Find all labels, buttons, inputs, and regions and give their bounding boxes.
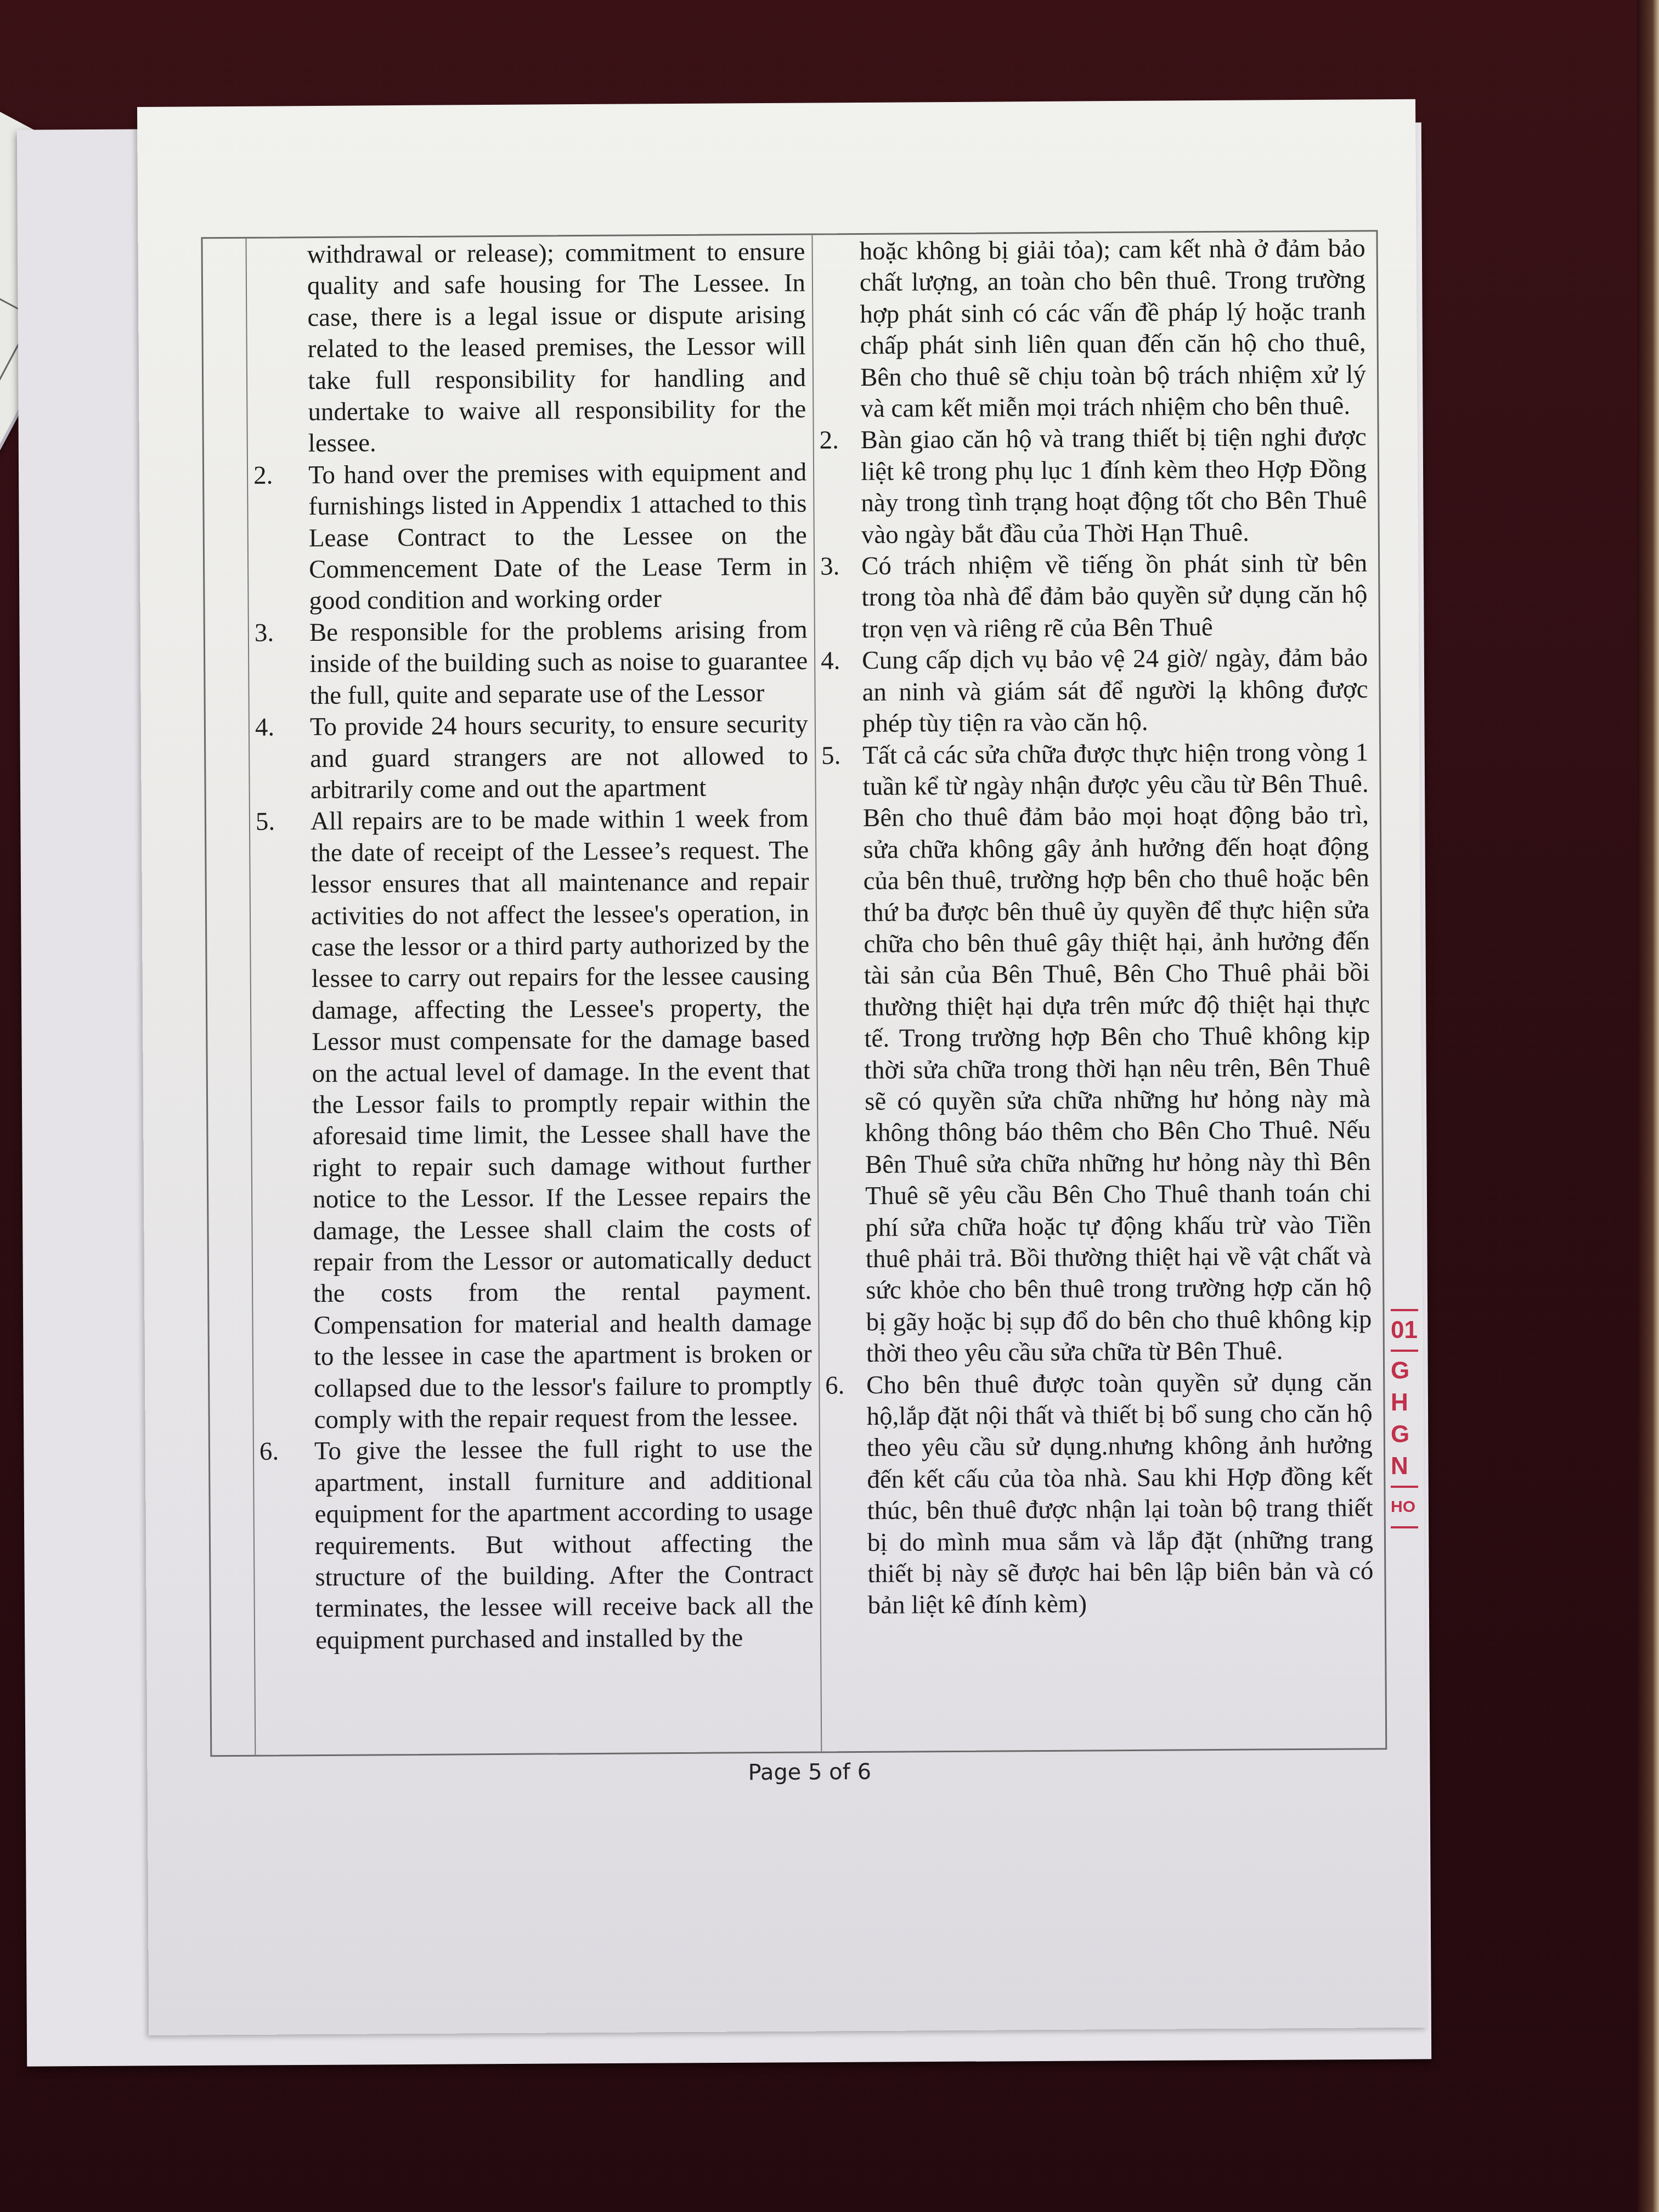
vietnamese-item-6: 6.Cho bên thuê được toàn quyền sử dụng c… [820, 1367, 1374, 1622]
vietnamese-column: hoặc không bị giải tỏa); cam kết nhà ở đ… [812, 232, 1385, 1751]
english-intro: withdrawal or release); commitment to en… [246, 236, 806, 460]
vietnamese-item-3: 3.Có trách nhiệm về tiếng ồn phát sinh t… [815, 548, 1368, 645]
stamp-text: G [1391, 1355, 1429, 1387]
stamp-rule [1391, 1486, 1418, 1488]
stamp-rule [1391, 1526, 1418, 1528]
stamp-text: H [1391, 1387, 1429, 1419]
english-item-2: 2.To hand over the premises with equipme… [248, 456, 808, 617]
red-stamp-fragment: 01 G H G N HO [1391, 1306, 1429, 1525]
desk-surface [1637, 0, 1659, 2212]
english-item-3: 3.Be responsible for the problems arisin… [249, 614, 808, 712]
vietnamese-text: hoặc không bị giải tỏa); cam kết nhà ở đ… [812, 233, 1373, 1622]
vietnamese-item-2: 2.Bàn giao căn hộ và trang thiết bị tiện… [814, 422, 1367, 551]
english-item-6: 6.To give the lessee the full right to u… [254, 1433, 814, 1657]
stamp-text: 01 [1391, 1314, 1429, 1346]
vietnamese-intro: hoặc không bị giải tỏa); cam kết nhà ở đ… [812, 233, 1366, 425]
contract-page: withdrawal or release); commitment to en… [137, 99, 1427, 2035]
page-number: Page 5 of 6 [748, 1759, 871, 1785]
stamp-rule [1391, 1309, 1418, 1311]
english-text: withdrawal or release); commitment to en… [246, 236, 814, 1657]
english-item-5: 5.All repairs are to be made within 1 we… [250, 803, 812, 1436]
english-column: withdrawal or release); commitment to en… [246, 235, 822, 1754]
stamp-text: N [1391, 1451, 1429, 1482]
english-item-4: 4.To provide 24 hours security, to ensur… [250, 709, 809, 806]
vietnamese-item-4: 4.Cung cấp dịch vụ bảo vệ 24 giờ/ ngày, … [815, 642, 1368, 740]
stamp-rule [1391, 1350, 1418, 1352]
vietnamese-item-5: 5.Tất cả các sửa chữa được thực hiện tro… [816, 737, 1372, 1370]
stamp-text: G [1391, 1419, 1429, 1451]
bilingual-table: withdrawal or release); commitment to en… [201, 230, 1387, 1757]
stamp-text: HO [1391, 1491, 1429, 1523]
